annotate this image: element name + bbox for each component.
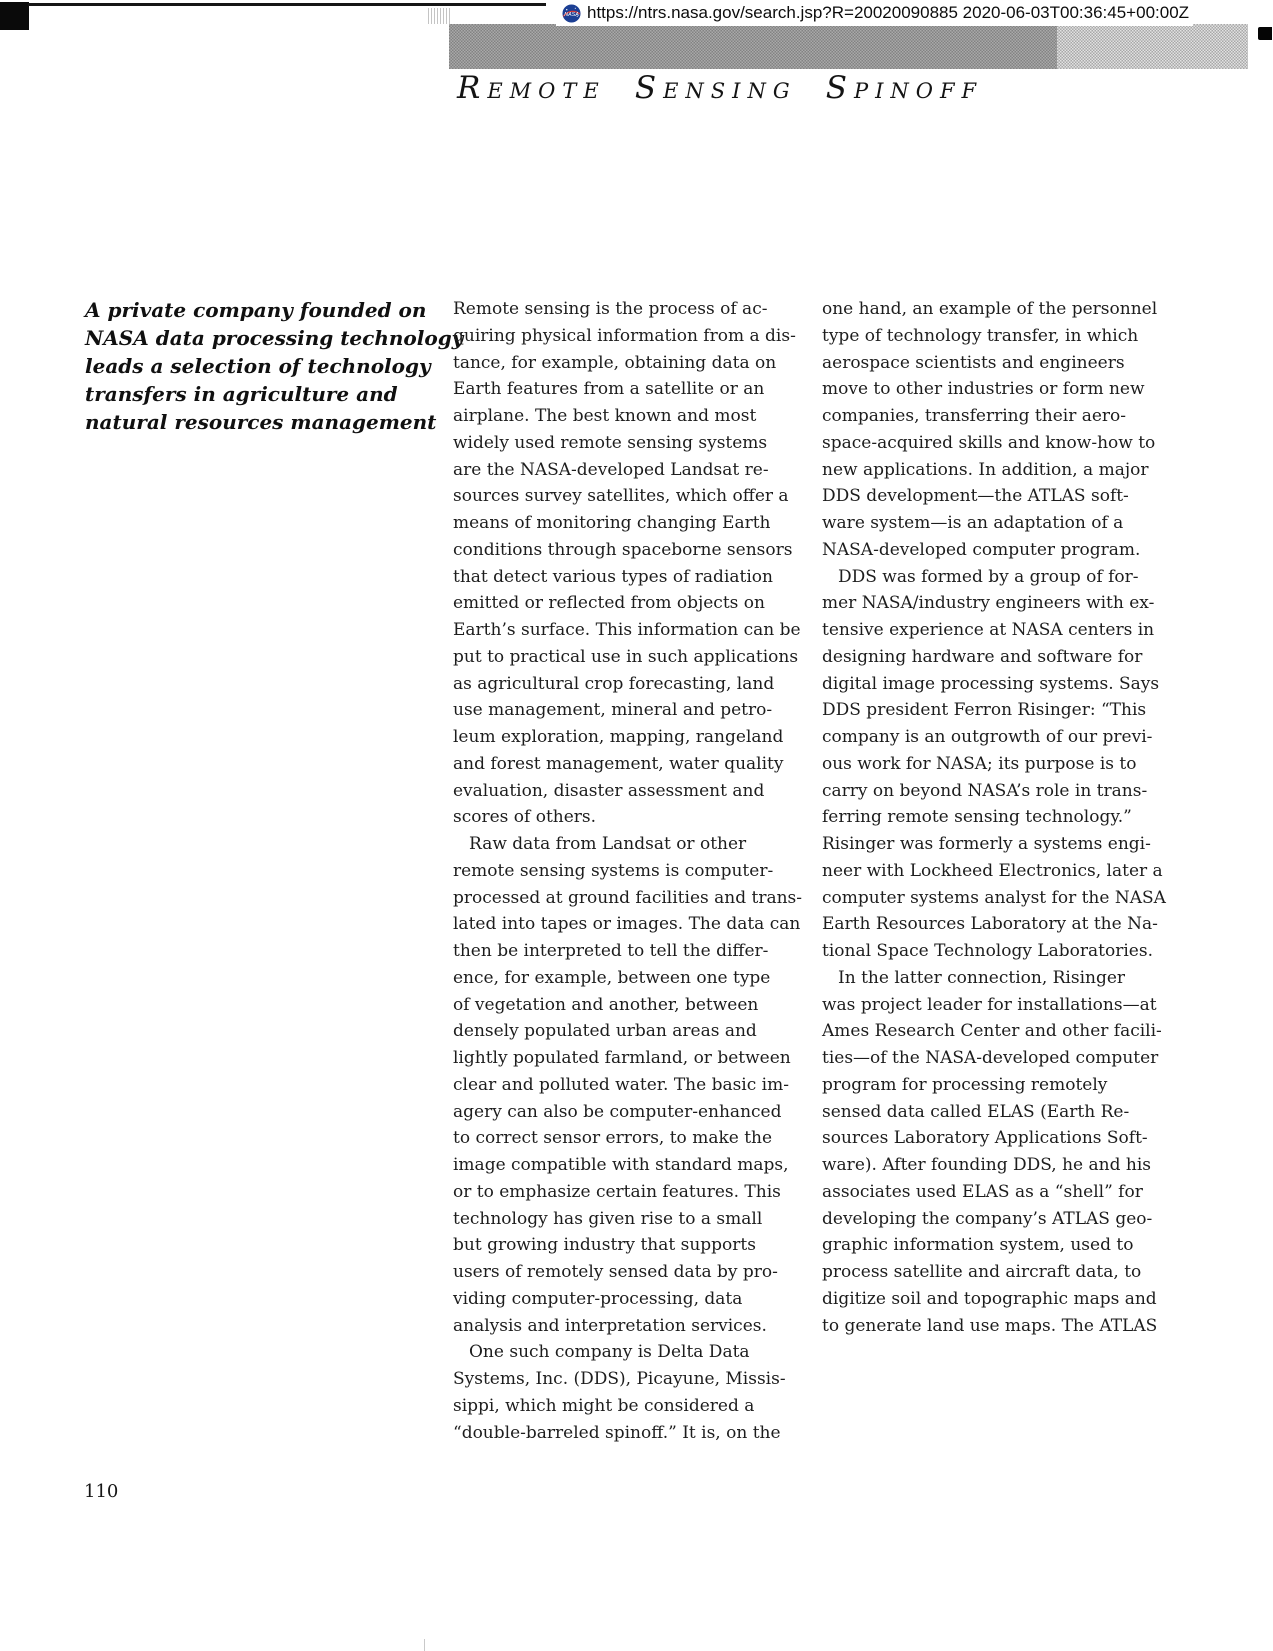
title-word: SENSING <box>635 83 797 102</box>
page-title: REMOTE SENSING SPINOFF <box>457 70 1007 106</box>
scan-noise-artifact <box>428 8 452 24</box>
title-word: REMOTE <box>457 83 606 102</box>
archive-url-stamp: NASA https://ntrs.nasa.gov/search.jsp?R=… <box>556 0 1193 26</box>
corner-scan-mark <box>0 2 29 30</box>
scanned-document-page: NASA https://ntrs.nasa.gov/search.jsp?R=… <box>0 0 1273 1651</box>
standfirst: A private company founded on NASA data p… <box>85 296 437 436</box>
body-paragraph: DDS was formed by a group of for- mer NA… <box>822 564 1180 965</box>
title-word: SPINOFF <box>826 83 983 102</box>
archive-url-text: https://ntrs.nasa.gov/search.jsp?R=20020… <box>587 3 1189 23</box>
body-paragraph: one hand, an example of the personnel ty… <box>822 296 1180 564</box>
page-number: 110 <box>84 1481 118 1502</box>
body-paragraph: In the latter connection, Risinger was p… <box>822 965 1180 1340</box>
halftone-banner-light-segment <box>1057 24 1248 69</box>
body-paragraph: One such company is Delta Data Systems, … <box>453 1339 811 1446</box>
svg-text:NASA: NASA <box>564 11 579 17</box>
body-paragraph: Raw data from Landsat or other remote se… <box>453 831 811 1339</box>
scan-edge-line <box>28 3 546 6</box>
body-column-right: one hand, an example of the personnel ty… <box>822 296 1180 1339</box>
halftone-banner-dark-segment <box>449 24 1057 69</box>
nasa-logo-icon: NASA <box>562 4 581 23</box>
scan-artifact-tick <box>424 1639 425 1651</box>
edge-scan-artifact <box>1258 27 1272 40</box>
halftone-banner <box>449 24 1248 69</box>
body-paragraph: Remote sensing is the process of ac- qui… <box>453 296 811 831</box>
body-column-middle: Remote sensing is the process of ac- qui… <box>453 296 811 1446</box>
